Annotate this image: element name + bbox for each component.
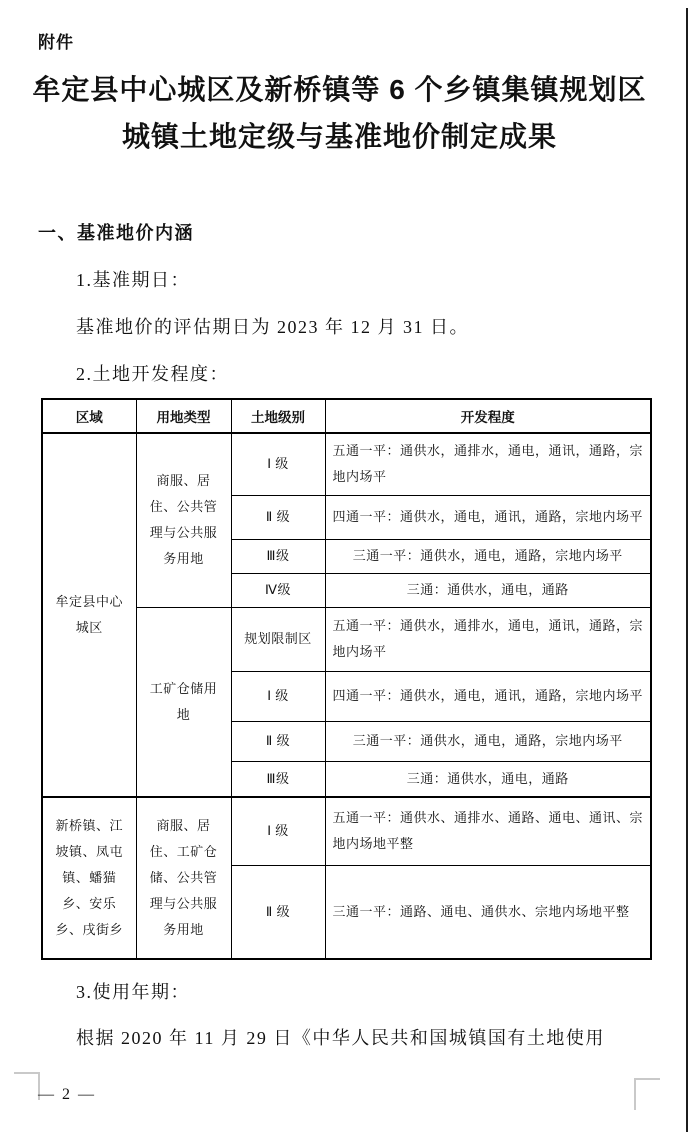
- page-title-line2: 城镇土地定级与基准地价制定成果: [30, 113, 649, 160]
- page-edge-line: [686, 8, 688, 1132]
- paragraph-use-term-text: 根据 2020 年 11 月 29 日《中华人民共和国城镇国有土地使用: [76, 1026, 649, 1050]
- table-body: 牟定县中心城区商服、居住、公共管理与公共服务用地Ⅰ 级五通一平：通供水，通排水，…: [42, 433, 651, 959]
- table-header-cell: 开发程度: [325, 399, 651, 433]
- development-cell: 三通一平：通供水，通电，通路，宗地内场平: [325, 721, 651, 761]
- level-cell: Ⅲ级: [231, 539, 325, 573]
- land-development-table: 区域用地类型土地级别开发程度 牟定县中心城区商服、居住、公共管理与公共服务用地Ⅰ…: [41, 398, 652, 960]
- level-cell: Ⅰ 级: [231, 797, 325, 865]
- page-title-line1: 牟定县中心城区及新桥镇等 6 个乡镇集镇规划区: [30, 66, 649, 113]
- paragraph-use-term-label: 3.使用年期：: [76, 980, 649, 1004]
- level-cell: Ⅱ 级: [231, 495, 325, 539]
- table-header-cell: 土地级别: [231, 399, 325, 433]
- paragraph-base-date-value: 基准地价的评估期日为 2023 年 12 月 31 日。: [76, 315, 649, 339]
- level-cell: Ⅲ级: [231, 761, 325, 797]
- level-cell: Ⅱ 级: [231, 865, 325, 959]
- margin-corner-mark-right: [634, 1078, 660, 1110]
- document-page: 附件 牟定县中心城区及新桥镇等 6 个乡镇集镇规划区 城镇土地定级与基准地价制定…: [0, 0, 689, 1132]
- development-cell: 五通一平：通供水，通排水，通电，通讯，通路，宗地内场平: [325, 607, 651, 671]
- development-cell: 五通一平：通供水，通排水，通电，通讯，通路，宗地内场平: [325, 433, 651, 495]
- level-cell: Ⅳ级: [231, 573, 325, 607]
- level-cell: Ⅱ 级: [231, 721, 325, 761]
- level-cell: 规划限制区: [231, 607, 325, 671]
- region-cell: 牟定县中心城区: [42, 433, 136, 797]
- paragraph-base-date-label: 1.基准期日：: [76, 268, 649, 292]
- table-row: 牟定县中心城区商服、居住、公共管理与公共服务用地Ⅰ 级五通一平：通供水，通排水，…: [42, 433, 651, 495]
- development-cell: 三通一平：通路、通电、通供水、宗地内场地平整: [325, 865, 651, 959]
- development-cell: 四通一平：通供水，通电，通讯，通路，宗地内场平: [325, 671, 651, 721]
- development-cell: 三通：通供水，通电，通路: [325, 761, 651, 797]
- landuse-cell: 商服、居住、工矿仓储、公共管理与公共服务用地: [136, 797, 231, 959]
- table-header: 区域用地类型土地级别开发程度: [42, 399, 651, 433]
- development-cell: 四通一平：通供水，通电，通讯，通路，宗地内场平: [325, 495, 651, 539]
- landuse-cell: 商服、居住、公共管理与公共服务用地: [136, 433, 231, 607]
- page-number: — 2 —: [38, 1086, 96, 1104]
- section-heading: 一、基准地价内涵: [38, 219, 194, 245]
- table-header-cell: 区域: [42, 399, 136, 433]
- development-cell: 五通一平：通供水、通排水、通路、通电、通讯、宗地内场地平整: [325, 797, 651, 865]
- landuse-cell: 工矿仓储用地: [136, 607, 231, 797]
- region-cell: 新桥镇、江坡镇、凤屯镇、蟠猫乡、安乐乡、戌街乡: [42, 797, 136, 959]
- development-cell: 三通一平：通供水，通电，通路，宗地内场平: [325, 539, 651, 573]
- table-row: 新桥镇、江坡镇、凤屯镇、蟠猫乡、安乐乡、戌街乡商服、居住、工矿仓储、公共管理与公…: [42, 797, 651, 865]
- margin-corner-mark-left: [14, 1072, 40, 1100]
- table-header-cell: 用地类型: [136, 399, 231, 433]
- attachment-label: 附件: [38, 28, 74, 53]
- development-cell: 三通：通供水，通电，通路: [325, 573, 651, 607]
- page-title: 牟定县中心城区及新桥镇等 6 个乡镇集镇规划区 城镇土地定级与基准地价制定成果: [30, 66, 649, 160]
- level-cell: Ⅰ 级: [231, 433, 325, 495]
- level-cell: Ⅰ 级: [231, 671, 325, 721]
- paragraph-development-label: 2.土地开发程度：: [76, 362, 649, 386]
